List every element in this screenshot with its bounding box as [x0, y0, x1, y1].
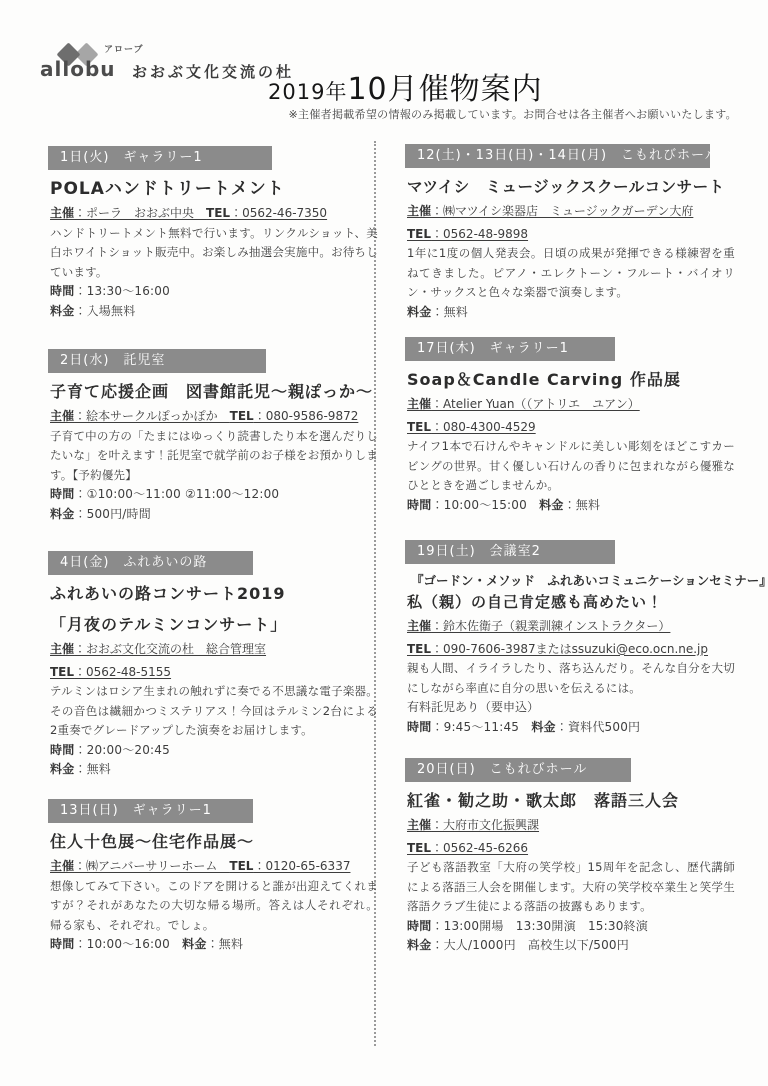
line-label: 料金: [407, 938, 431, 952]
event-title: 紅雀・勧之助・歌太郎 落語三人会: [407, 789, 735, 813]
event-org-line: TEL：0562-48-9898: [407, 225, 735, 245]
event-org-line: 主催：㈱アニバーサリーホーム TEL：0120-65-6337: [50, 857, 378, 877]
page-title-year: 2019年: [268, 80, 347, 104]
line-label: 料金: [50, 304, 74, 318]
page-title: 2019年10月催物案内: [268, 64, 543, 108]
event-org-line: TEL：0562-45-6266: [407, 839, 735, 859]
event-title: 子育て応援企画 図書館託児～親ぽっか～: [50, 380, 378, 404]
line-label: 主催: [407, 818, 431, 832]
event-date-venue-bar: 19日(土) 会議室2: [405, 540, 615, 564]
page-title-main: 10月催物案内: [347, 72, 542, 107]
event-org-line: TEL：080-4300-4529: [407, 418, 735, 438]
event-plain-line: 有料託児あり（要申込）: [407, 698, 735, 718]
line-label: 主催: [50, 859, 74, 873]
event-org-line: 主催：絵本サークルぽっかぽか TEL：080-9586-9872: [50, 407, 378, 427]
event-desc-line: ナイフ1本で石けんやキャンドルに美しい彫刻をほどこすカービングの世界。甘く優しい…: [407, 437, 735, 496]
line-label: 時間: [50, 487, 74, 501]
line-label: 時間: [50, 937, 74, 951]
event-org-line: 主催：鈴木佐衛子（親業訓練インストラクター）: [407, 617, 735, 637]
line-label: 主催: [50, 206, 74, 220]
event-org-line: 主催：ポーラ おおぶ中央 TEL：0562-46-7350: [50, 204, 378, 224]
event-title: POLAハンドトリートメント: [50, 177, 378, 201]
event-org-line: 主催：㈱マツイシ楽器店 ミュージックガーデン大府: [407, 202, 735, 222]
line-label: 主催: [50, 642, 74, 656]
event-title: 私（親）の自己肯定感も高めたい！: [407, 590, 735, 614]
line-label: 料金: [531, 720, 555, 734]
line-label: 料金: [50, 507, 74, 521]
event-title: Soap＆Candle Carving 作品展: [407, 368, 735, 392]
event-title: ふれあいの路コンサート2019: [50, 582, 378, 606]
line-label: 料金: [182, 937, 206, 951]
event-desc-line: ハンドトリートメント無料で行います。リンクルショット、美白ホワイトショット販売中…: [50, 224, 378, 283]
line-label: TEL: [407, 420, 431, 434]
event-desc-line: 子ども落語教室「大府の笑学校」15周年を記念し、歴代講師による落語三人会を開催し…: [407, 858, 735, 917]
event-date-venue-bar: 20日(日) こもれびホール: [405, 758, 631, 782]
event-block: 4日(金) ふれあいの路ふれあいの路コンサート2019「月夜のテルミンコンサート…: [48, 551, 378, 780]
line-label: TEL: [50, 665, 74, 679]
event-block: 1日(火) ギャラリー1POLAハンドトリートメント主催：ポーラ おおぶ中央 T…: [48, 146, 378, 321]
event-block: 19日(土) 会議室2『ゴードン・メソッド ふれあいコミュニケーションセミナー』…: [405, 540, 735, 737]
event-meta-line: 時間：①10:00～11:00 ②11:00～12:00: [50, 485, 378, 505]
line-label: 料金: [539, 498, 563, 512]
event-meta-line: 料金：無料: [50, 760, 378, 780]
flyer-page: アローブ allobu おおぶ文化交流の杜 2019年10月催物案内 ※主催者掲…: [0, 0, 768, 1086]
event-block: 17日(木) ギャラリー1Soap＆Candle Carving 作品展主催：A…: [405, 337, 735, 515]
event-date-venue-bar: 12(土)・13日(日)・14日(月) こもれびホール: [405, 144, 710, 168]
event-date-venue-bar: 17日(木) ギャラリー1: [405, 337, 615, 361]
event-meta-line: 料金：500円/時間: [50, 505, 378, 525]
line-label: 主催: [407, 397, 431, 411]
event-meta-line: 時間：13:30～16:00: [50, 282, 378, 302]
event-title: 「月夜のテルミンコンサート」: [50, 613, 378, 637]
line-label: 主催: [407, 619, 431, 633]
line-label: 時間: [50, 284, 74, 298]
line-label: TEL: [407, 841, 431, 855]
header-disclaimer-note: ※主催者掲載希望の情報のみ掲載しています。お問合せは各主催者へお願いいたします。: [289, 106, 737, 122]
line-label: TEL: [407, 642, 431, 656]
line-label: 時間: [407, 919, 431, 933]
event-org-line: 主催：Atelier Yuan（（アトリエ ユアン）: [407, 395, 735, 415]
event-org-line: 主催：おおぶ文化交流の杜 総合管理室: [50, 640, 378, 660]
event-title: 住人十色展～住宅作品展～: [50, 830, 378, 854]
event-date-venue-bar: 1日(火) ギャラリー1: [48, 146, 272, 170]
event-date-venue-bar: 4日(金) ふれあいの路: [48, 551, 253, 575]
event-date-venue-bar: 13日(日) ギャラリー1: [48, 799, 253, 823]
line-label: 料金: [50, 762, 74, 776]
event-org-line: 主催：大府市文化振興課: [407, 816, 735, 836]
line-label: TEL: [229, 859, 253, 873]
line-label: TEL: [230, 409, 254, 423]
logo-katakana: アローブ: [104, 42, 144, 55]
event-desc-line: 子育て中の方の「たまにはゆっくり読書したり本を選んだりしたいな」を叶えます！託児…: [50, 427, 378, 486]
event-meta-line: 時間：10:00～15:00 料金：無料: [407, 496, 735, 516]
event-title: マツイシ ミュージックスクールコンサート: [407, 175, 735, 199]
event-block: 20日(日) こもれびホール紅雀・勧之助・歌太郎 落語三人会主催：大府市文化振興…: [405, 758, 735, 956]
line-label: 主催: [50, 409, 74, 423]
logo-romaji: allobu: [40, 57, 116, 81]
line-label: 主催: [407, 204, 431, 218]
event-block: 12(土)・13日(日)・14日(月) こもれびホールマツイシ ミュージックスク…: [405, 144, 735, 322]
event-desc-line: テルミンはロシア生まれの触れずに奏でる不思議な電子楽器。その音色は繊細かつミステ…: [50, 682, 378, 741]
event-block: 13日(日) ギャラリー1住人十色展～住宅作品展～主催：㈱アニバーサリーホーム …: [48, 799, 378, 955]
event-desc-line: 1年に1度の個人発表会。日頃の成果が発揮できる様練習を重ねてきました。ピアノ・エ…: [407, 244, 735, 303]
line-label: 料金: [407, 305, 431, 319]
event-meta-line: 料金：大人/1000円 高校生以下/500円: [407, 936, 735, 956]
event-subtitle: 『ゴードン・メソッド ふれあいコミュニケーションセミナー』: [411, 572, 735, 590]
line-label: 時間: [407, 720, 431, 734]
event-meta-line: 時間：10:00～16:00 料金：無料: [50, 935, 378, 955]
line-label: 時間: [407, 498, 431, 512]
event-meta-line: 料金：無料: [407, 303, 735, 323]
event-meta-line: 時間：20:00～20:45: [50, 741, 378, 761]
line-label: TEL: [206, 206, 230, 220]
event-meta-line: 時間：9:45～11:45 料金：資料代500円: [407, 718, 735, 738]
event-desc-line: 想像してみて下さい。このドアを開けると誰が出迎えてくれますが？それがあなたの大切…: [50, 877, 378, 936]
line-label: TEL: [407, 227, 431, 241]
event-date-venue-bar: 2日(水) 託児室: [48, 349, 266, 373]
event-org-line: TEL：0562-48-5155: [50, 663, 378, 683]
event-meta-line: 料金：入場無料: [50, 302, 378, 322]
event-meta-line: 時間：13:00開場 13:30開演 15:30終演: [407, 917, 735, 937]
event-block: 2日(水) 託児室子育て応援企画 図書館託児～親ぽっか～主催：絵本サークルぽっか…: [48, 349, 378, 524]
event-org-line: TEL：090-7606-3987またはssuzuki@eco.ocn.ne.j…: [407, 640, 735, 660]
line-label: 時間: [50, 743, 74, 757]
event-desc-line: 親も人間、イライラしたり、落ち込んだり。そんな自分を大切にしながら率直に自分の思…: [407, 659, 735, 698]
